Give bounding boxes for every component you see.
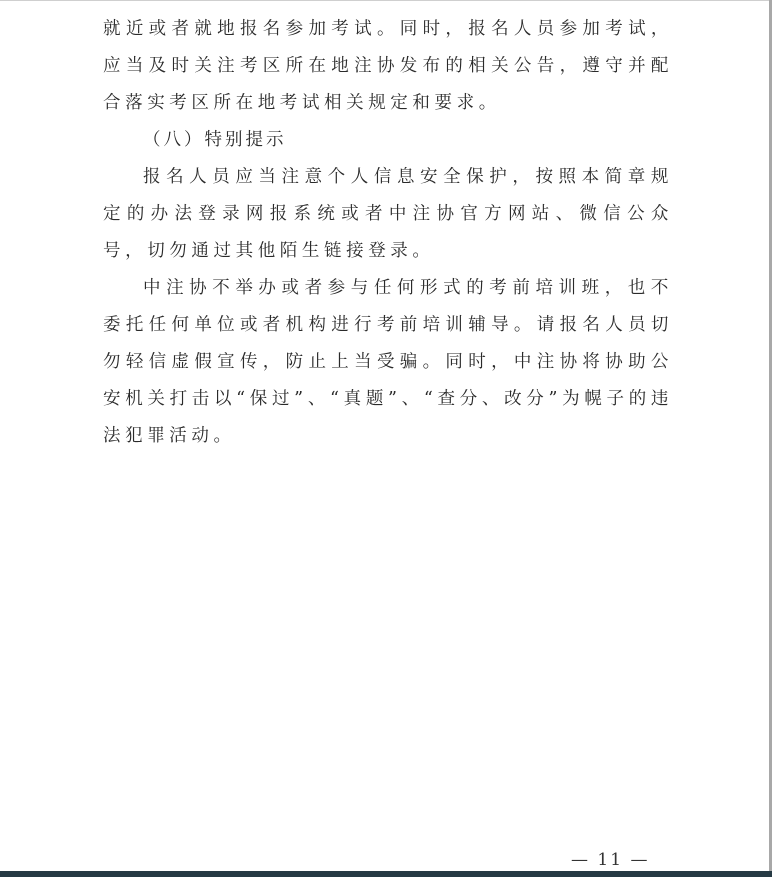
section-heading-special-notice: （八）特别提示 [103, 122, 673, 159]
viewer-bottom-bar [0, 871, 772, 877]
paragraph-continuation: 就近或者就地报名参加考试。同时，报名人员参加考试，应当及时关注考区所在地注协发布… [103, 11, 673, 122]
document-page: 就近或者就地报名参加考试。同时，报名人员参加考试，应当及时关注考区所在地注协发布… [0, 0, 769, 871]
document-body: 就近或者就地报名参加考试。同时，报名人员参加考试，应当及时关注考区所在地注协发布… [103, 11, 673, 455]
paragraph-training-notice: 中注协不举办或者参与任何形式的考前培训班，也不委托任何单位或者机构进行考前培训辅… [103, 270, 673, 455]
paragraph-personal-info-notice: 报名人员应当注意个人信息安全保护，按照本简章规定的办法登录网报系统或者中注协官方… [103, 159, 673, 270]
page-number: — 11 — [571, 850, 649, 870]
